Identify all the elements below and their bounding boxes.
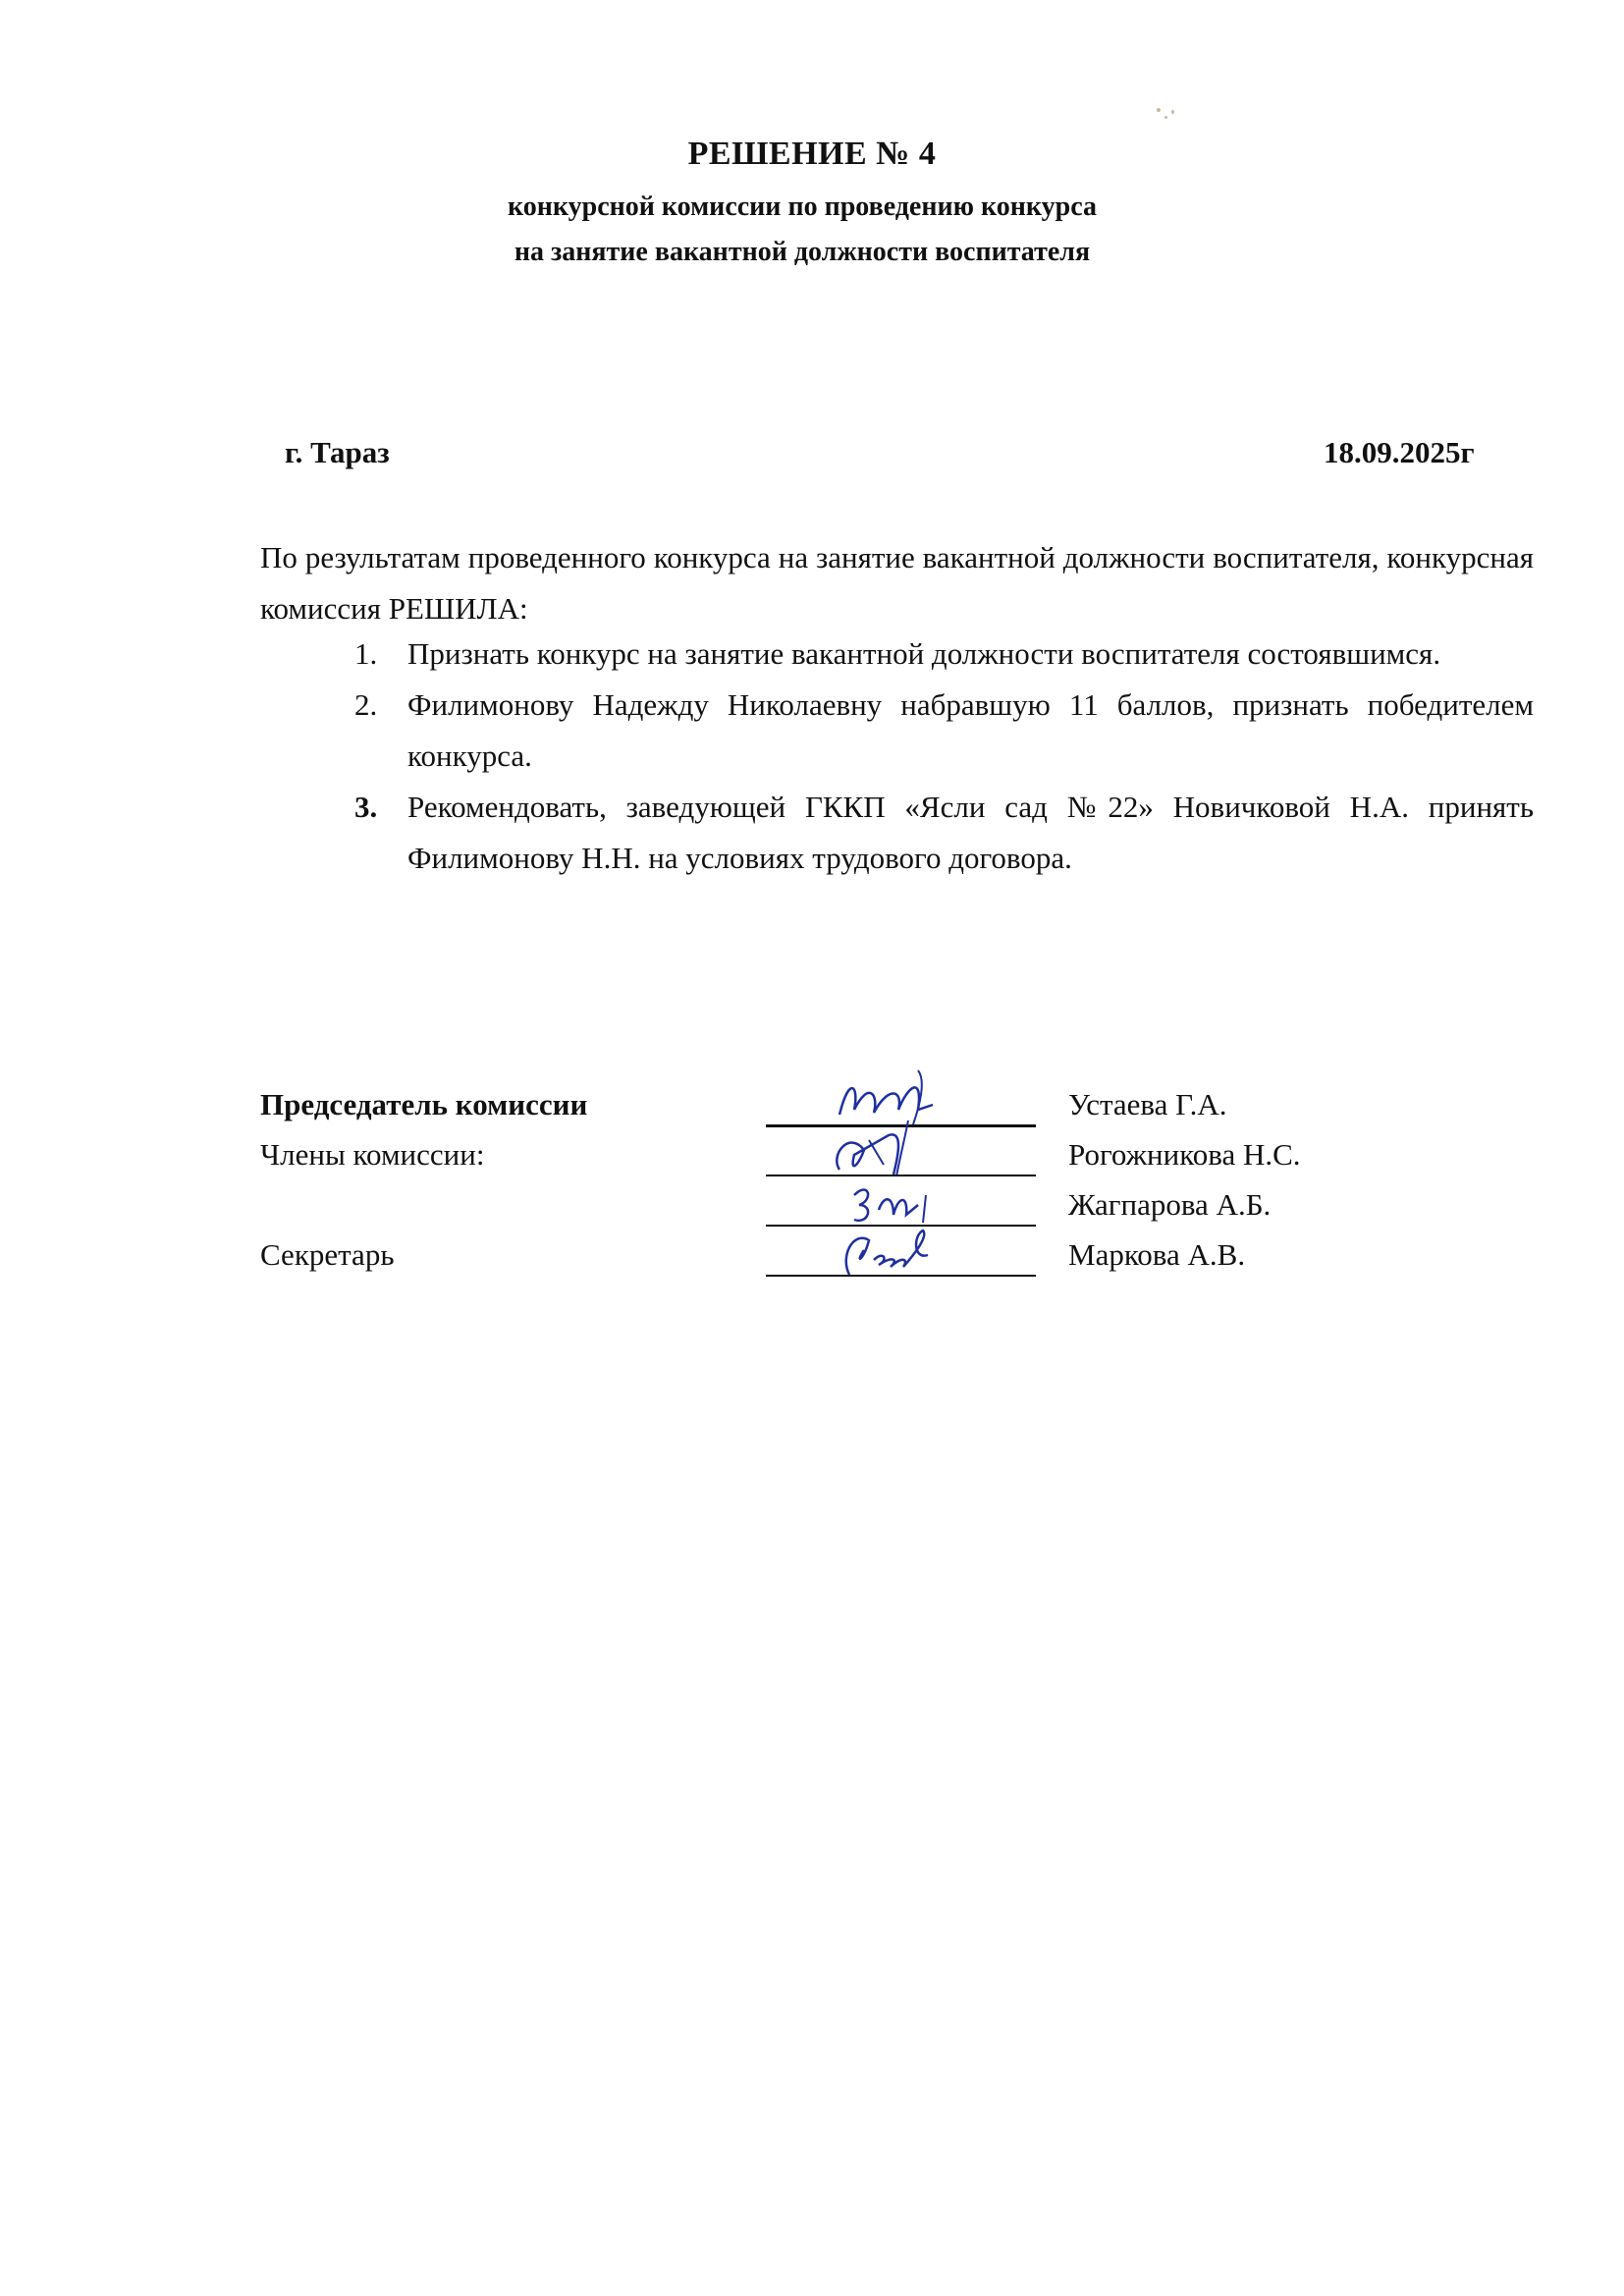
signature-role: Председатель комиссии [260,1087,587,1122]
signature-line [766,1275,1036,1277]
scan-speck [1171,110,1174,114]
signatory-name: Устаева Г.А. [1068,1087,1226,1122]
decision-item: 3. Рекомендовать, заведующей ГККП «Ясли … [349,782,1534,884]
document-subtitle-line1: конкурсной комиссии по проведению конкур… [0,191,1614,223]
document-subtitle-line2: на занятие вакантной должности воспитате… [0,237,1614,268]
decision-item: 1. Признать конкурс на занятие вакантной… [349,629,1534,680]
scan-speck [1157,108,1161,112]
signature-role: Члены комиссии: [260,1137,484,1173]
decision-number: 2. [354,680,377,731]
decision-text: Филимонову Надежду Николаевну набравшую … [407,687,1534,773]
signature-row-secretary: Секретарь Маркова А.В. [260,1237,1537,1286]
intro-paragraph: По результатам проведенного конкурса на … [260,532,1534,634]
scan-speck [1164,116,1167,119]
signatory-name: Жагпарова А.Б. [1068,1187,1271,1223]
decision-item: 2. Филимонову Надежду Николаевну набравш… [349,680,1534,782]
document-date: 18.09.2025г [1324,435,1475,470]
city: г. Тараз [285,435,390,470]
document-title: РЕШЕНИЕ № 4 [0,136,1624,173]
decision-number: 3. [354,782,377,833]
decision-number: 1. [354,629,377,680]
decision-text: Рекомендовать, заведующей ГККП «Ясли сад… [407,790,1534,875]
signatory-name: Маркова А.В. [1068,1237,1245,1273]
signatory-name: Рогожникова Н.С. [1068,1137,1301,1173]
decision-text: Признать конкурс на занятие вакантной до… [407,636,1440,671]
signature-role: Секретарь [260,1237,394,1273]
decision-list: 1. Признать конкурс на занятие вакантной… [349,629,1534,884]
